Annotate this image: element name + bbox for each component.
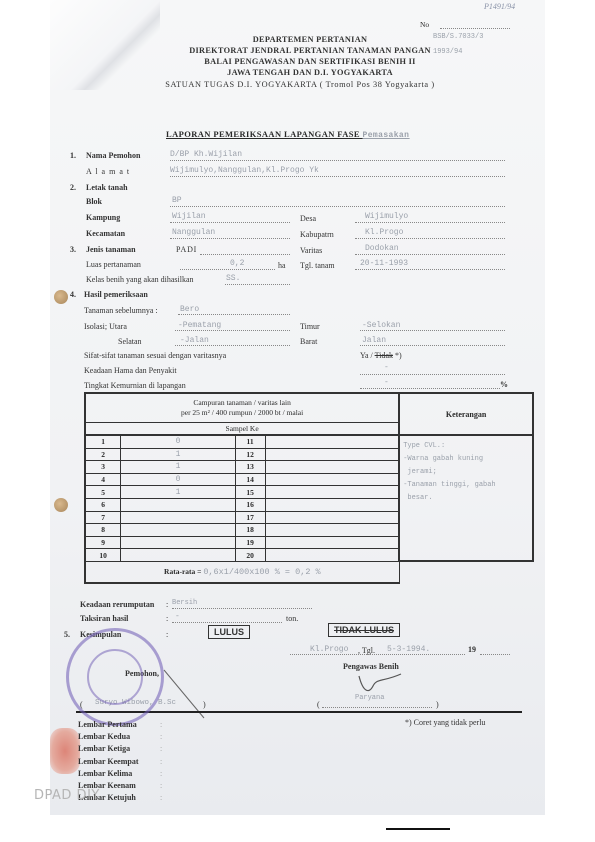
tgl-tanam-line [355, 269, 505, 270]
distribution-item: Lembar Ketiga [78, 744, 130, 753]
sample-number: 13 [235, 461, 265, 474]
kelas-benih-value: SS. [226, 274, 240, 283]
rata-rata-label: Rata-rata = [164, 567, 201, 576]
letak-tanah-label: Letak tanah [86, 183, 128, 192]
distribution-item: Lembar Kedua [78, 732, 130, 741]
kemurnian-line [360, 388, 500, 389]
sample-value [121, 524, 235, 537]
blok-label: Blok [86, 197, 102, 206]
nama-pemohon-value: D/BP Kh.Wijilan [170, 150, 242, 159]
official-stamp [66, 628, 164, 726]
pengawas-name: Paryana [355, 694, 384, 702]
distribution-item: Lembar Keempat [78, 757, 139, 766]
sample-value [265, 473, 399, 486]
isolasi-utara-label: Isolasi; Utara [84, 322, 127, 331]
jenis-line [200, 254, 290, 255]
header-line-2: DIREKTORAT JENDRAL PERTANIAN TANAMAN PAN… [150, 46, 470, 55]
blok-value: BP [172, 196, 182, 205]
distribution-colon: : [160, 720, 162, 729]
tanaman-sebelumnya-value: Bero [180, 305, 199, 314]
keterangan-cell: Type CVL.:-Warna gabah kuning jerami;-Ta… [399, 435, 533, 561]
tidak-lulus-box: TIDAK LULUS [328, 623, 400, 637]
desa-value: Wijimulyo [365, 212, 408, 221]
folded-corner [50, 0, 160, 90]
selatan-label: Selatan [118, 337, 142, 346]
punch-hole-bottom [54, 498, 68, 512]
table-header-line-2: per 25 m² / 400 rumpun / 2000 bt / malai [86, 408, 398, 418]
taksiran-label: Taksiran hasil [80, 614, 128, 623]
blok-line [170, 206, 505, 207]
barat-value: Jalan [362, 336, 386, 345]
rerumputan-line [172, 608, 312, 609]
sample-table: Campuran tanaman / varitas lain per 25 m… [84, 392, 534, 584]
varitas-value: Dodokan [365, 244, 399, 253]
distribution-item: Lembar Pertama [78, 720, 137, 729]
sample-number: 7 [85, 511, 121, 524]
tanaman-sebelumnya-line [178, 314, 290, 315]
footnote: *) Coret yang tidak perlu [405, 718, 485, 727]
sample-number: 4 [85, 473, 121, 486]
table-header-campuran: Campuran tanaman / varitas lain per 25 m… [85, 393, 399, 423]
hama-penyakit-label: Keadaan Hama dan Penyakit [84, 366, 177, 375]
sample-number: 3 [85, 461, 121, 474]
keterangan-line: Type CVL.: [403, 440, 529, 453]
distribution-colon: : [160, 732, 162, 741]
kecamatan-value: Nanggulan [172, 228, 215, 237]
tgl-tanam-value: 20-11-1993 [360, 259, 408, 268]
sifat-ya: Ya / [360, 351, 373, 360]
alamat-value: Wijimulyo,Nanggulan,Kl.Progo Yk [170, 166, 319, 175]
report-title: LAPORAN PEMERIKSAAN LAPANGAN FASE Pemasa… [166, 129, 409, 140]
keterangan-line: -Warna gabah kuning [403, 453, 529, 466]
timur-line [360, 330, 505, 331]
header-line-5: SATUAN TUGAS D.I. YOGYAKARTA ( Tromol Po… [120, 80, 480, 89]
sample-value [121, 498, 235, 511]
section-2-number: 2. [70, 183, 76, 192]
kemurnian-value: - [384, 378, 389, 387]
pemohon-signature [160, 668, 210, 723]
sample-number: 15 [235, 486, 265, 499]
sample-number: 8 [85, 524, 121, 537]
rata-rata-cell: Rata-rata = 0,6x1/400x100 % = 0,2 % [85, 561, 399, 583]
distribution-colon: : [160, 744, 162, 753]
sample-number: 12 [235, 448, 265, 461]
no-line [440, 28, 510, 29]
alamat-label: A l a m a t [86, 167, 130, 176]
tgl-line [290, 654, 465, 655]
phase-value: Pemasakan [363, 131, 410, 140]
utara-line [175, 330, 290, 331]
luas-value: 0,2 [230, 259, 244, 268]
kemurnian-unit: % [500, 380, 508, 389]
kelas-benih-label: Kelas benih yang akan dihasilkan [86, 275, 194, 284]
keterangan-header: Keterangan [399, 393, 533, 435]
punch-hole-top [54, 290, 68, 304]
rerumputan-label: Keadaan rerumputan [80, 600, 154, 609]
distribution-colon: : [160, 781, 162, 790]
pengawas-benih-label: Pengawas Benih [343, 662, 399, 671]
section-4-number: 4. [70, 290, 76, 299]
hama-line [360, 374, 505, 375]
varitas-label: Varitas [300, 246, 322, 255]
sample-number: 17 [235, 511, 265, 524]
sample-number: 20 [235, 549, 265, 562]
hama-penyakit-value: - [384, 363, 389, 372]
tgl-tanam-label: Tgl. tanam [300, 261, 335, 270]
kampung-label: Kampung [86, 213, 120, 222]
sample-value [265, 498, 399, 511]
kabupaten-value: Kl.Progo [365, 228, 403, 237]
distribution-colon: : [160, 793, 162, 802]
sample-value [265, 461, 399, 474]
hasil-pemeriksaan-label: Hasil pemeriksaan [84, 290, 148, 299]
sample-number: 18 [235, 524, 265, 537]
distribution-item: Lembar Kelima [78, 769, 132, 778]
isolasi-utara-value: -Pematang [178, 321, 221, 330]
sifat-label: Sifat-sifat tanaman sesuai dengan varita… [84, 351, 226, 360]
header-line-3: BALAI PENGAWASAN DAN SERTIFIKASI BENIH I… [150, 57, 470, 66]
sample-number: 5 [85, 486, 121, 499]
sample-value [265, 435, 399, 448]
selatan-value: -Jalan [180, 336, 209, 345]
jenis-tanaman-label: Jenis tanaman [86, 245, 136, 254]
varitas-line [355, 254, 505, 255]
selatan-line [175, 345, 290, 346]
watermark-emblem [50, 728, 80, 774]
header-line-4: JAWA TENGAH DAN D.I. YOGYAKARTA [150, 68, 470, 77]
sample-value: 1 [121, 448, 235, 461]
header-line-1: DEPARTEMEN PERTANIAN [150, 35, 470, 44]
sample-value: 1 [121, 486, 235, 499]
sample-value [265, 536, 399, 549]
sample-number: 6 [85, 498, 121, 511]
sample-number: 16 [235, 498, 265, 511]
barat-line [360, 345, 505, 346]
barat-label: Barat [300, 337, 317, 346]
sample-number: 9 [85, 536, 121, 549]
distribution-colon: : [160, 757, 162, 766]
section-1-number: 1. [70, 151, 76, 160]
sample-value [265, 549, 399, 562]
sample-number: 10 [85, 549, 121, 562]
kabupaten-label: Kabupatrn [300, 230, 334, 239]
nama-line [170, 160, 505, 161]
table-header-line-1: Campuran tanaman / varitas lain [86, 398, 398, 408]
no-label: No [420, 20, 429, 29]
keterangan-line: jerami; [403, 466, 529, 479]
tgl-value: 5-3-1994. [387, 645, 430, 654]
lulus-box: LULUS [208, 625, 250, 639]
bottom-bar [386, 828, 450, 830]
sample-number: 14 [235, 473, 265, 486]
sampel-ke-header: Sampel Ke [85, 423, 399, 436]
rerumputan-value: Bersih [172, 599, 197, 607]
report-title-text: LAPORAN PEMERIKSAAN LAPANGAN FASE [166, 129, 360, 139]
pengawas-name-line [322, 707, 432, 708]
section-5-number: 5. [64, 630, 70, 639]
desa-line [355, 222, 505, 223]
stamp-inner-ring [87, 649, 143, 705]
nama-pemohon-label: Nama Pemohon [86, 151, 140, 160]
sample-value [265, 511, 399, 524]
kemurnian-label: Tingkat Kemurnian di lapangan [84, 381, 186, 390]
sample-number: 19 [235, 536, 265, 549]
place-value: Kl.Progo [310, 645, 348, 654]
sample-value [121, 549, 235, 562]
desa-label: Desa [300, 214, 316, 223]
taksiran-line [172, 622, 282, 623]
kelas-line [225, 284, 290, 285]
watermark-text: DPAD DIY [34, 788, 100, 803]
section-3-number: 3. [70, 245, 76, 254]
luas-line [180, 269, 275, 270]
rata-rata-value: 0,6x1/400x100 % = 0,2 % [203, 567, 320, 577]
tanaman-sebelumnya-label: Tanaman sebelumnya : [84, 306, 158, 315]
kabupaten-line [355, 238, 505, 239]
corner-note: P1491/94 [484, 2, 515, 11]
distribution-colon: : [160, 769, 162, 778]
sample-number: 11 [235, 435, 265, 448]
jenis-tanaman-value: PADI [176, 245, 197, 254]
sample-value [121, 536, 235, 549]
keterangan-line: besar. [403, 492, 529, 505]
timur-label: Timur [300, 322, 320, 331]
year-line [480, 654, 510, 655]
kampung-line [170, 222, 290, 223]
sample-value [265, 486, 399, 499]
table-row: 1011Type CVL.:-Warna gabah kuning jerami… [85, 435, 533, 448]
kecamatan-line [170, 238, 290, 239]
sample-value: 1 [121, 461, 235, 474]
sample-number: 1 [85, 435, 121, 448]
timur-value: -Selokan [362, 321, 400, 330]
kecamatan-label: Kecamatan [86, 229, 125, 238]
sifat-value: Ya / Tidak *) [360, 351, 402, 360]
sample-value [265, 524, 399, 537]
luas-label: Luas pertanaman [86, 260, 141, 269]
year-prefix: 19 [468, 645, 476, 654]
sample-value: 0 [121, 473, 235, 486]
sifat-note: *) [395, 351, 402, 360]
sample-value [265, 448, 399, 461]
keterangan-line: -Tanaman tinggi, gabah [403, 479, 529, 492]
sample-value: 0 [121, 435, 235, 448]
sifat-tidak: Tidak [375, 351, 393, 360]
alamat-line [170, 176, 505, 177]
luas-unit: ha [278, 261, 286, 270]
sample-value [121, 511, 235, 524]
kampung-value: Wijilan [172, 212, 206, 221]
sample-number: 2 [85, 448, 121, 461]
taksiran-unit: ton. [286, 614, 298, 623]
taksiran-value: - [175, 612, 180, 621]
